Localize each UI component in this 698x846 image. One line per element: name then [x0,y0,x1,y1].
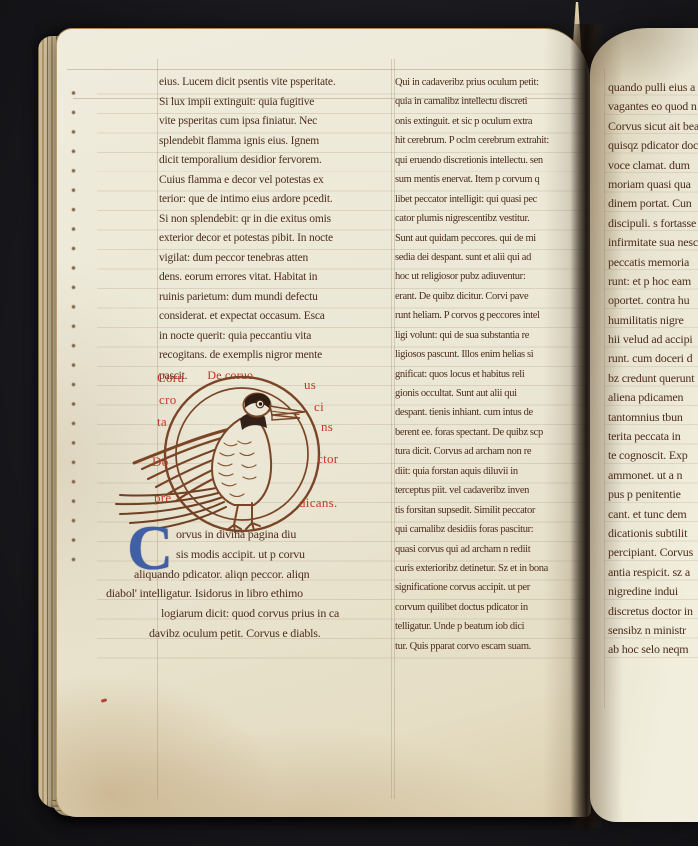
text-line: in nocte querit: quia peccantiu vita [159,327,395,347]
text-line: peccatis memoria [608,253,698,272]
text-line: terita peccata in [608,427,698,446]
text-line: Si lux impii extinguit: quia fugitive [159,93,395,113]
left-page: eius. Lucem dicit psentis vite psperitat… [56,28,591,817]
text-line: terior: que de intimo eius ardore pcedit… [159,190,395,210]
text-line: telligatur. Unde p beatum iob dici [395,617,585,636]
right-page-text-column: quando pulli eius avagantes eo quod nCor… [608,78,698,660]
text-line: hii velud ad accipi [608,330,698,349]
text-line: aliquando pdicator. aliqn peccor. aliqn [134,565,404,585]
text-line: discipuli. s fortasse [608,214,698,233]
text-line: exterior decor et potestas pibit. In noc… [159,229,395,249]
text-line: dens. eorum errores vitat. Habitat in [159,268,395,288]
text-line: curis exterioribz detinetur. Sz et in bo… [395,559,585,578]
text-line: Si non splendebit: qr in die exitus omis [159,210,395,230]
text-line: antia respicit. sz a [608,563,698,582]
column-guide-line [604,68,605,708]
text-line: diit: quia forstan aquis diluvii in [395,462,585,481]
text-line: oportet. contra hu [608,291,698,310]
text-line: tura dicit. Corvus ad archam non re [395,442,585,461]
text-line: eius. Lucem dicit psentis vite psperitat… [159,73,395,93]
text-line: ammonet. ut a n [608,466,698,485]
right-page: quando pulli eius avagantes eo quod nCor… [590,28,698,822]
text-line: ruinis parietum: dum mundi defectu [159,288,395,308]
text-line: pus p penitentie [608,485,698,504]
text-line: tis forsitan supsedit. Similit peccator [395,501,585,520]
text-line: quia in carnalibz intellectu discreti [395,92,585,111]
text-line: ligiosos pascunt. Illos enim helias si [395,345,585,364]
text-line: bz credunt querunt [608,369,698,388]
text-line: Qui in cadaveribz prius oculum petit: [395,73,585,92]
text-line: hit cerebrum. P oclm cerebrum extrahit: [395,131,585,150]
text-line: ab hoc selo neqm [608,640,698,659]
text-line: runt heliam. P corvos g peccores intel [395,306,585,325]
text-line: dicationis subtilit [608,524,698,543]
text-line: moriam quasi qua [608,175,698,194]
text-line: sis modis accipit. ut p corvu [176,545,404,565]
roundel-caption: ctor [317,451,338,467]
roundel-caption: cro [159,392,177,408]
text-line: ligi volunt: qui de sua substantia re [395,326,585,345]
text-column-1: eius. Lucem dicit psentis vite psperitat… [159,73,395,366]
text-line: voce clamat. dum [608,156,698,175]
roundel-caption: ci [314,399,324,415]
text-line: splendebit flamma ignis eius. Ignem [159,132,395,152]
text-line: cator plumis nigrescentibz vestitur. [395,209,585,228]
prick-marks [70,89,77,567]
text-line: vagantes eo quod n [608,97,698,116]
ruling-line [67,69,587,70]
text-line: erant. De quibz dicitur. Corvi pave [395,287,585,306]
roundel-caption: ns [321,419,333,435]
text-line: berent ee. foras spectant. De quibz scp [395,423,585,442]
text-line: te cognoscit. Exp [608,446,698,465]
text-line: libet peccator intelligit: qui quasi pec [395,190,585,209]
text-line: onis extinguit. et sic p oculum extra [395,112,585,131]
text-line: sedia dei despant. sunt et alii qui ad [395,248,585,267]
text-line: cant. et tunc dem [608,505,698,524]
roundel-caption: pre [154,490,172,506]
text-line: discretus doctor in [608,602,698,621]
text-line: despant. tienis inhiant. cum intus de [395,403,585,422]
text-line: infirmitate sua nesci [608,233,698,252]
roundel-caption: us [304,377,316,393]
text-line: Sunt aut quidam peccores. qui de mi [395,229,585,248]
text-line: significatione corvus accipit. ut per [395,578,585,597]
text-line: vigilat: dum peccor tenebras atten [159,249,395,269]
text-line: runt. cum doceri d [608,349,698,368]
text-line: diabol' intelligatur. Isidorus in libro … [106,584,404,604]
text-line: gnificat: quos locus et habitus reli [395,365,585,384]
manuscript-photo: eius. Lucem dicit psentis vite psperitat… [0,0,698,846]
text-line: hoc ut religiosor pubz adiuventur: [395,267,585,286]
text-line: terceptus piit. vel cadaveribz inven [395,481,585,500]
roundel-caption: Do [152,454,169,470]
text-line: quasi corvus qui ad archam n rediit [395,540,585,559]
text-line: Cuius flamma e decor vel potestas ex [159,171,395,191]
text-line: tantomnius tbun [608,408,698,427]
red-ink-speck [101,698,108,703]
text-line: considerat. et expectat occasum. Esca [159,307,395,327]
text-line: davibz oculum petit. Corvus e diabls. [149,624,404,644]
text-line: gionis occultat. Sunt aut alii qui [395,384,585,403]
text-line: tur. Quis pparat corvo escam suam. [395,637,585,656]
text-line: dinem portat. Cun [608,194,698,213]
text-line: Corvus sicut ait bea [608,117,698,136]
text-line: vite psperitas cum ipsa finiatur. Nec [159,112,395,132]
text-line: logiarum dicit: quod corvus prius in ca [161,604,404,624]
text-line: sum mentis enervat. Item p corvum q [395,170,585,189]
text-line: quando pulli eius a [608,78,698,97]
text-line: runt: et p hoc eam [608,272,698,291]
paragraph-below-roundel: orvus in divina pagina diusis modis acci… [104,525,404,644]
text-line: percipiant. Corvus [608,543,698,562]
roundel-caption: Coru [157,370,184,386]
text-line: nigredine indui [608,582,698,601]
text-line: dicit temporalium desidior fervorem. [159,151,395,171]
text-line: qui carnalibz desidiis foras pascitur: [395,520,585,539]
text-line: quisqz pdicator doc [608,136,698,155]
text-line: corvum quilibet doctus pdicator in [395,598,585,617]
text-line: humilitatis nigre [608,311,698,330]
text-line: qui eruendo discretionis intellectu. sen [395,151,585,170]
text-line: orvus in divina pagina diu [176,525,404,545]
text-line: aliena pdicamen [608,388,698,407]
roundel-caption: dicans. [299,495,338,511]
roundel-caption: ta [157,414,167,430]
text-column-2: Qui in cadaveribz prius oculum petit:qui… [395,73,585,656]
text-line: sensibz n ministr [608,621,698,640]
